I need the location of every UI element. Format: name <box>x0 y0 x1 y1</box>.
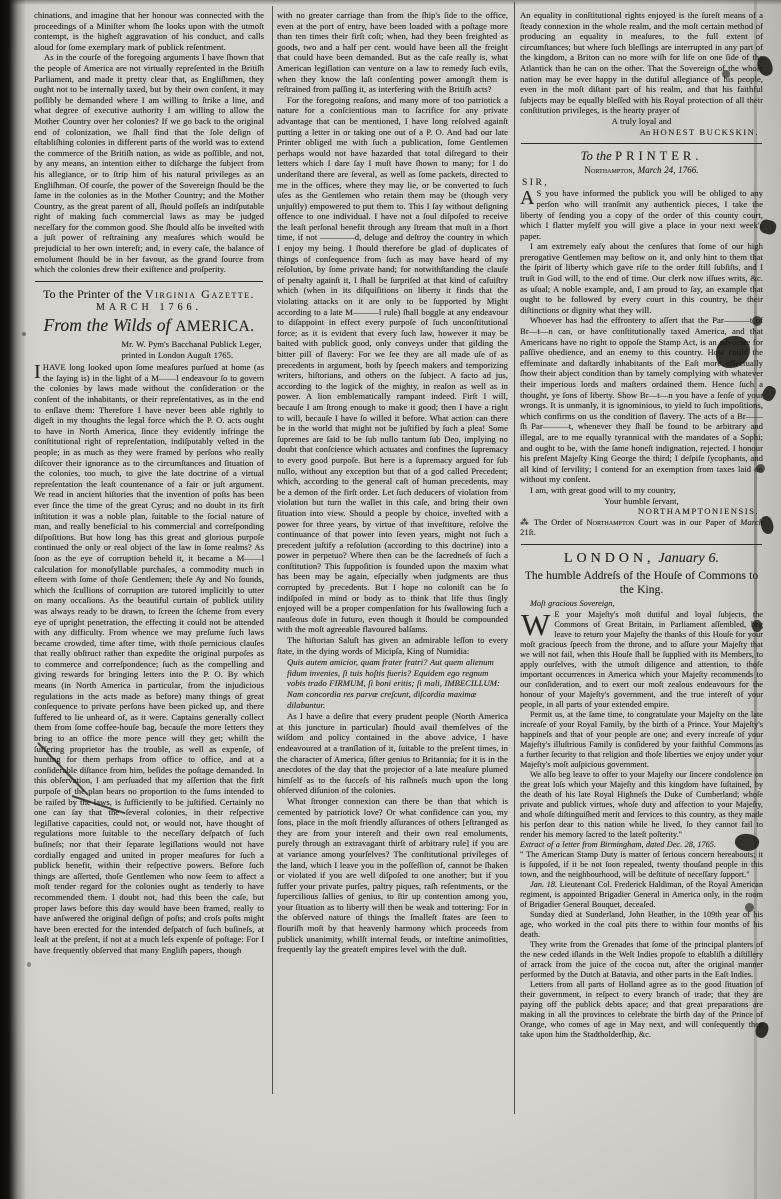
para-virtual-representation: As in the courſe of the foregoing argume… <box>34 52 264 274</box>
para-continuation: chinations, and imagine that her honour … <box>34 10 264 52</box>
address-body-1: WE your Majeſty's moſt dutiful and loyal… <box>520 610 763 710</box>
subheading-humble-address: The humble Addreſs of the Houſe of Commo… <box>520 569 763 597</box>
heading-march-1766: MARCH 1766. <box>34 303 264 314</box>
dateline-northampton: Northampton, March 24, 1766. <box>520 165 763 176</box>
signature-buckskin: An HONEST BUCKSKIN. <box>520 127 763 138</box>
page-edge-shadow-top <box>0 0 781 5</box>
section-rule <box>35 281 263 282</box>
para-resolution: For the foregoing reaſons, and many more… <box>277 95 508 635</box>
para-sallust: The hiſtorian Saluſt has given an admira… <box>277 635 508 656</box>
address-body-3: We alſo beg leave to offer to your Majeſ… <box>520 770 763 840</box>
salutation-sir: SIR, <box>520 178 763 189</box>
news-holland: Letters from all parts of Holland agree … <box>520 980 763 1040</box>
valediction-loyal: A truly loyal and <box>520 116 763 127</box>
para-patriotick-love: What ſtronger connexion can there be tha… <box>277 796 508 955</box>
news-grenades: They write from the Grenades that ſome o… <box>520 940 763 980</box>
paper-speck <box>22 332 26 336</box>
latin-quote-micipsa: Quis autem amicior, quam frater fratri? … <box>277 657 508 710</box>
attribution-pym: Mr. W. Pym's Bacchanal Publick Leger, pr… <box>121 339 264 360</box>
signature-northamptoniensis: NORTHAMPTONIENSIS. <box>520 506 763 517</box>
ink-smudge <box>752 620 762 632</box>
article-body: IHAVE long looked upon ſome meaſures pur… <box>34 362 264 955</box>
news-sunderland: Sunday died at Sunderland, John Heather,… <box>520 910 763 940</box>
para-postage-continuation: with no greater carriage than from the ſ… <box>277 10 508 95</box>
text-columns: chinations, and imagine that her honour … <box>34 10 763 1040</box>
heading-to-the-printer: To the PRINTER. <box>520 149 763 164</box>
title-from-the-wilds-of-america: From the Wilds of AMERICA. <box>34 315 264 337</box>
news-haldiman: Jan. 18. Lieutenant Col. Frederick Haldi… <box>520 880 763 910</box>
paper-speck <box>27 962 31 967</box>
extract-heading: Extract of a letter from Birmingham, dat… <box>520 840 763 850</box>
dropcap-letter: I <box>34 362 43 380</box>
ink-smudge <box>722 70 730 78</box>
letter-body-2: I am extremely eaſy about the cenſures t… <box>520 241 763 315</box>
para-translation: As I have a deſire that every prudent pe… <box>277 711 508 796</box>
para-equality: An equality in conſtitutional rights enj… <box>520 10 763 116</box>
ink-smudge <box>756 464 765 473</box>
page-edge-shadow-left <box>0 0 26 1199</box>
dropcap-letter: W <box>520 610 554 637</box>
heading-london: LONDON, January 6. <box>520 550 763 567</box>
section-rule <box>521 544 762 545</box>
letter-closing-2: Your humble ſervant, <box>520 496 763 507</box>
salutation-sovereign: Moſt gracious Sovereign, <box>520 599 763 609</box>
column-2: with no greater carriage than from the ſ… <box>277 10 508 1040</box>
editor-note: ⁂ The Order of Northampton Court was in … <box>520 517 763 538</box>
column-1: chinations, and imagine that her honour … <box>34 10 264 1040</box>
heading-to-printer-virginia-gazette: To the Printer of the Virginia Gazette. <box>34 287 264 301</box>
newspaper-page: chinations, and imagine that her honour … <box>0 0 781 1199</box>
letter-closing-1: I am, with great good will to my country… <box>520 485 763 496</box>
address-body-2: Permit us, at the ſame time, to congratu… <box>520 710 763 770</box>
ink-smudge <box>745 903 754 912</box>
dropcap-letter: A <box>520 188 537 206</box>
ink-smudge <box>752 316 762 326</box>
letter-body-1: AS you have informed the publick you wil… <box>520 188 763 241</box>
column-3: An equality in conſtitutional rights enj… <box>520 10 763 1040</box>
section-rule <box>521 143 762 144</box>
extract-body: " The American Stamp Duty is matter of ſ… <box>520 850 763 880</box>
